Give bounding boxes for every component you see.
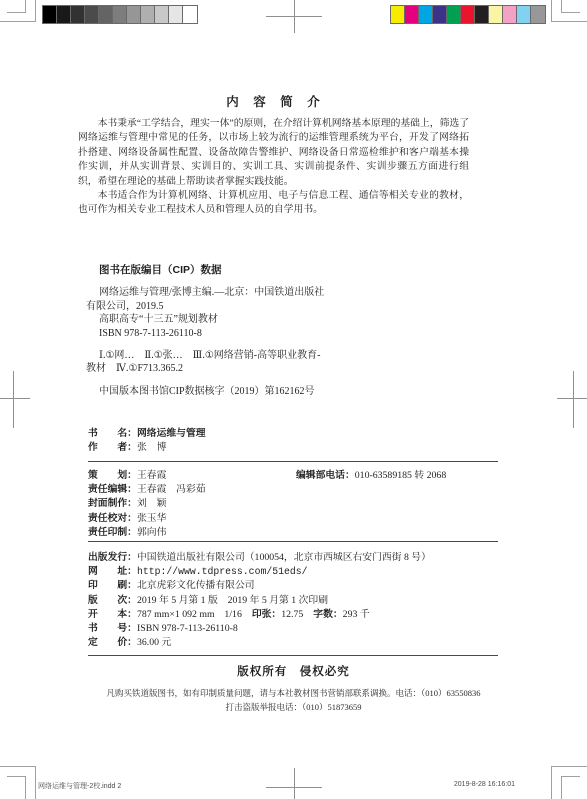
color-swatch — [127, 6, 141, 23]
color-swatch — [489, 6, 503, 23]
registration-mark-bottom-vertical — [294, 768, 295, 799]
copyright-section: 版权所有 侵权必究 凡购买铁道版图书，如有印制质量问题，请与本社教材图书营销部联… — [60, 665, 527, 714]
color-swatch — [531, 6, 545, 23]
slug-filename: 网络运维与管理-2校.indd 2 — [38, 781, 121, 791]
content-summary-section: 内 容 简 介 本书秉承“工学结合，理实一体”的原则，在介绍计算机网络基本原理的… — [78, 95, 469, 218]
printer-value: 北京虎彩文化传播有限公司 — [137, 580, 255, 591]
anti-piracy-line: 打击盗版举报电话：（010）51873659 — [60, 700, 527, 714]
color-swatch — [419, 6, 433, 23]
divider-rule — [88, 655, 498, 656]
book-title-value: 网络运维与管理 — [137, 428, 206, 439]
staff-value: 王春霞 — [137, 470, 166, 481]
color-swatch — [405, 6, 419, 23]
staff-row: 封面制作：刘 颖 — [88, 497, 498, 511]
color-swatch — [169, 6, 183, 23]
printer-row: 印 刷：北京虎彩文化传播有限公司 — [88, 579, 498, 593]
color-swatch — [183, 6, 197, 23]
website-url: http://www.tdpress.com/51eds/ — [137, 566, 308, 577]
cip-line: 网络运维与管理/张博主编.—北京：中国铁道出版社 — [99, 286, 486, 299]
crop-mark-top-right-outer — [551, 0, 587, 22]
book-title-label: 书 名： — [88, 428, 137, 439]
staff-label: 责任印制： — [88, 527, 137, 538]
staff-value: 王春霞 冯彩茹 — [137, 484, 206, 495]
color-swatch — [113, 6, 127, 23]
cip-data-section: 图书在版编目（CIP）数据 网络运维与管理/张博主编.—北京：中国铁道出版社 有… — [86, 264, 486, 398]
book-author-row: 作 者：张 博 — [88, 441, 498, 455]
color-swatch — [85, 6, 99, 23]
isbn-row: 书 号：ISBN 978-7-113-26110-8 — [88, 622, 498, 636]
staff-row: 责任编辑：王春霞 冯彩茹 — [88, 483, 498, 497]
color-swatch — [447, 6, 461, 23]
sheets-label: 印张： — [252, 609, 281, 620]
copyright-notice: 版权所有 侵权必究 — [60, 665, 527, 679]
price-row: 定 价：36.00 元 — [88, 636, 498, 650]
grayscale-calibration-bar — [42, 5, 198, 24]
registration-mark-left-vertical — [13, 371, 14, 428]
cip-line: Ⅰ.①网… Ⅱ.①张… Ⅲ.①网络营销-高等职业教育- — [99, 349, 486, 362]
color-swatch — [433, 6, 447, 23]
color-swatch — [517, 6, 531, 23]
book-title-row: 书 名：网络运维与管理 — [88, 427, 498, 441]
edition-row: 版 次：2019 年 5 月第 1 版 2019 年 5 月第 1 次印刷 — [88, 594, 498, 608]
staff-value: 刘 颖 — [137, 498, 166, 509]
edition-value: 2019 年 5 月第 1 版 2019 年 5 月第 1 次印刷 — [137, 595, 328, 606]
color-swatch — [503, 6, 517, 23]
color-calibration-bar — [390, 5, 546, 24]
content-summary-title: 内 容 简 介 — [78, 95, 469, 109]
website-label: 网 址： — [88, 566, 137, 577]
staff-label: 策 划： — [88, 470, 137, 481]
divider-rule — [88, 461, 498, 462]
quality-exchange-line: 凡购买铁道版图书，如有印制质量问题，请与本社教材图书营销部联系调换。电话：（01… — [60, 686, 527, 700]
color-swatch — [43, 6, 57, 23]
publisher-label: 出版发行： — [88, 552, 137, 563]
cip-line: 有限公司，2019.5 — [86, 300, 486, 313]
staff-credits-section: 策 划：王春霞 编辑部电话：010-63589185 转 2068 责任编辑：王… — [88, 469, 498, 540]
format-label: 开 本： — [88, 609, 137, 620]
crop-mark-bottom-left-outer — [0, 766, 36, 799]
book-author-label: 作 者： — [88, 442, 137, 453]
staff-label: 封面制作： — [88, 498, 137, 509]
staff-label: 责任编辑： — [88, 484, 137, 495]
crop-mark-bottom-right-outer — [551, 766, 587, 799]
content-summary-paragraph-2: 本书适合作为计算机网络、计算机应用、电子与信息工程、通信等相关专业的教材，也可作… — [78, 189, 469, 218]
staff-value: 张玉华 — [137, 513, 166, 524]
color-swatch — [461, 6, 475, 23]
staff-row: 策 划：王春霞 编辑部电话：010-63589185 转 2068 — [88, 469, 498, 483]
price-label: 定 价： — [88, 637, 137, 648]
staff-row: 责任校对：张玉华 — [88, 512, 498, 526]
registration-mark-right-vertical — [573, 371, 574, 428]
staff-row: 责任印制：郭向伟 — [88, 526, 498, 540]
publisher-row: 出版发行：中国铁道出版社有限公司（100054，北京市西城区右安门西街 8 号） — [88, 551, 498, 565]
cip-record-number: 中国版本图书馆CIP数据核字（2019）第162162号 — [99, 385, 486, 398]
staff-value: 郭向伟 — [137, 527, 166, 538]
color-swatch — [475, 6, 489, 23]
format-row: 开 本：787 mm×1 092 mm 1/16印张：12.75字数：293 千 — [88, 608, 498, 622]
color-swatch — [57, 6, 71, 23]
format-size: 787 mm×1 092 mm 1/16 — [137, 609, 242, 620]
color-swatch — [155, 6, 169, 23]
cip-line: 教材 Ⅳ.①F713.365.2 — [86, 362, 486, 375]
sheets-value: 12.75 — [281, 609, 303, 620]
publication-details-section: 出版发行：中国铁道出版社有限公司（100054，北京市西城区右安门西街 8 号）… — [88, 551, 498, 650]
cip-line: 高职高专“十三五”规划教材 — [99, 313, 486, 326]
editorial-phone: 编辑部电话：010-63589185 转 2068 — [296, 469, 446, 483]
registration-mark-top-horizontal — [266, 16, 322, 17]
editorial-phone-label: 编辑部电话： — [296, 470, 355, 481]
book-author-value: 张 博 — [137, 442, 166, 453]
book-copyright-page: 内 容 简 介 本书秉承“工学结合，理实一体”的原则，在介绍计算机网络基本原理的… — [0, 0, 587, 799]
color-swatch — [141, 6, 155, 23]
edition-label: 版 次： — [88, 595, 137, 606]
color-swatch — [71, 6, 85, 23]
color-swatch — [99, 6, 113, 23]
cip-header: 图书在版编目（CIP）数据 — [99, 264, 486, 277]
cip-line: ISBN 978-7-113-26110-8 — [99, 327, 486, 340]
crop-mark-top-left-outer — [0, 0, 36, 22]
registration-mark-left-horizontal — [0, 398, 30, 399]
content-summary-paragraph-1: 本书秉承“工学结合，理实一体”的原则，在介绍计算机网络基本原理的基础上，筛选了网… — [78, 117, 469, 189]
registration-mark-bottom-horizontal — [266, 787, 322, 788]
printer-label: 印 刷： — [88, 580, 137, 591]
registration-mark-right-horizontal — [557, 398, 587, 399]
color-swatch — [391, 6, 405, 23]
staff-label: 责任校对： — [88, 513, 137, 524]
word-count-value: 293 千 — [343, 609, 370, 620]
publisher-value: 中国铁道出版社有限公司（100054，北京市西城区右安门西街 8 号） — [137, 552, 431, 563]
book-info-section: 书 名：网络运维与管理 作 者：张 博 — [88, 427, 498, 455]
editorial-phone-value: 010-63589185 转 2068 — [355, 470, 446, 481]
divider-rule — [88, 541, 498, 542]
word-count-label: 字数： — [313, 609, 342, 620]
price-value: 36.00 元 — [137, 637, 171, 648]
slug-timestamp: 2019-8-28 16:16:01 — [454, 781, 515, 788]
isbn-value: ISBN 978-7-113-26110-8 — [137, 623, 238, 634]
website-row: 网 址：http://www.tdpress.com/51eds/ — [88, 565, 498, 579]
isbn-label: 书 号： — [88, 623, 137, 634]
